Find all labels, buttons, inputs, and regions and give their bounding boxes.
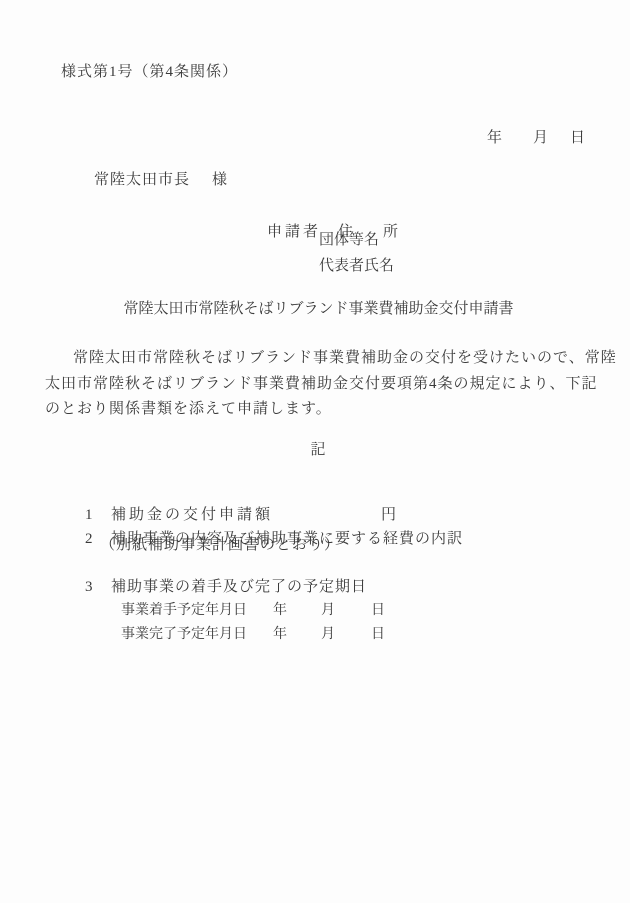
body-paragraph-line-2: 太田市常陸秋そばリブランド事業費補助金交付要項第4条の規定により、下記 (45, 375, 598, 393)
end-day-label: 日 (371, 627, 385, 642)
month-label: 月 (533, 130, 549, 146)
year-label: 年 (487, 130, 503, 146)
form-number: 様式第1号（第4条関係） (61, 63, 238, 81)
project-end-date-row: 事業完了予定年月日年月日 (107, 608, 385, 662)
day-label: 日 (570, 130, 586, 146)
organization-field-label: 団体等名 (319, 231, 379, 249)
issue-date-line: 年月日 (468, 111, 586, 165)
application-form-page: 様式第1号（第4条関係） 年月日 常陸太田市長様 申請者住 所 団体等名 代表者… (0, 0, 630, 903)
end-year-label: 年 (273, 627, 287, 642)
document-title: 常陸太田市常陸秋そばリブランド事業費補助金交付申請書 (45, 300, 592, 318)
end-month-label: 月 (321, 627, 335, 642)
applicant-label: 申請者 (267, 224, 321, 240)
addressee-name: 常陸太田市長 (94, 172, 190, 188)
body-paragraph-line-1: 常陸太田市常陸秋そばリブランド事業費補助金の交付を受けたいので、常陸 (73, 349, 617, 367)
item-2-note: （別紙補助事業計画書のとおり） (100, 536, 340, 554)
record-heading: 記 (45, 441, 592, 459)
addressee-honorific: 様 (212, 172, 228, 188)
addressee-line: 常陸太田市長様 (75, 153, 228, 207)
representative-field-label: 代表者氏名 (319, 257, 394, 275)
end-date-label: 事業完了予定年月日 (121, 627, 247, 642)
body-paragraph-line-3: のとおり関係書類を添えて申請します。 (45, 400, 332, 418)
